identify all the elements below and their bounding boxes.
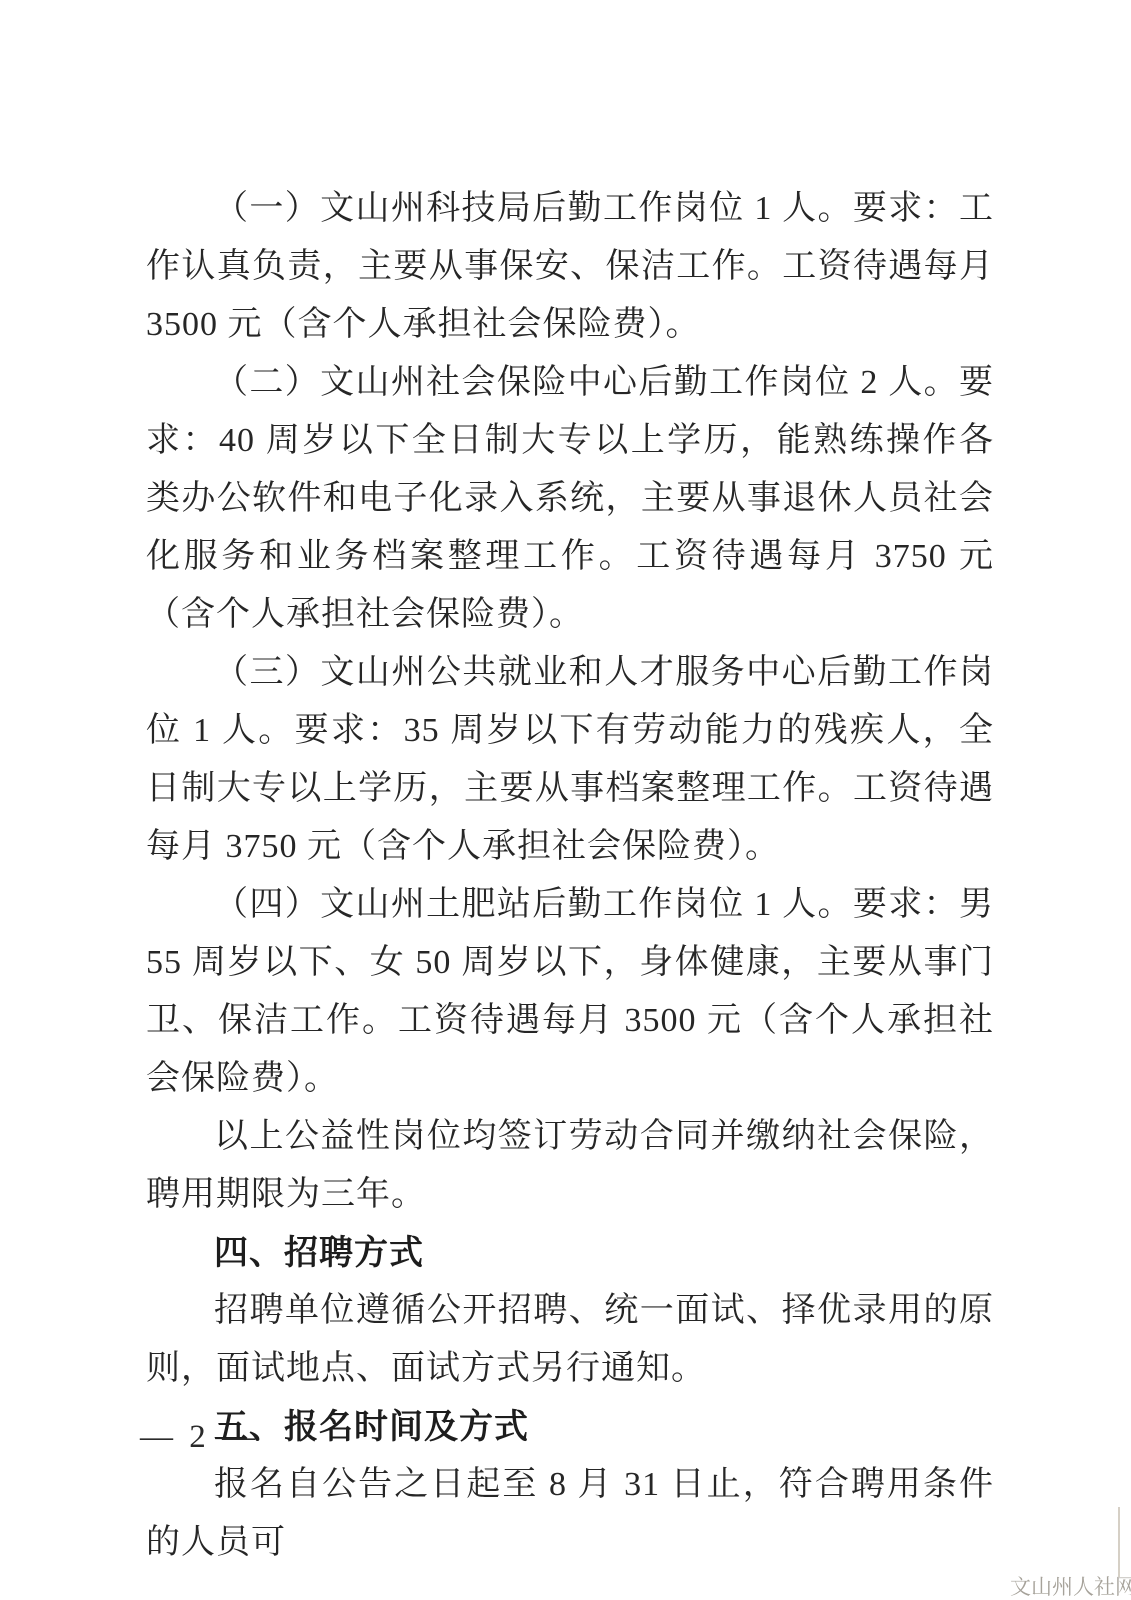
paragraph-recruitment-method: 招聘单位遵循公开招聘、统一面试、择优录用的原则，面试地点、面试方式另行通知。 xyxy=(146,1282,994,1398)
document-body: （一）文山州科技局后勤工作岗位 1 人。要求：工作认真负责，主要从事保安、保洁工… xyxy=(146,180,994,1572)
paragraph-contract-note: 以上公益性岗位均签订劳动合同并缴纳社会保险，聘用期限为三年。 xyxy=(146,1108,994,1224)
section-heading-registration: 五、报名时间及方式 xyxy=(146,1398,994,1456)
paragraph-job-3: （三）文山州公共就业和人才服务中心后勤工作岗位 1 人。要求：35 周岁以下有劳… xyxy=(146,644,994,876)
document-page: （一）文山州科技局后勤工作岗位 1 人。要求：工作认真负责，主要从事保安、保洁工… xyxy=(0,0,1131,1600)
paragraph-job-2: （二）文山州社会保险中心后勤工作岗位 2 人。要求：40 周岁以下全日制大专以上… xyxy=(146,354,994,644)
paragraph-job-1: （一）文山州科技局后勤工作岗位 1 人。要求：工作认真负责，主要从事保安、保洁工… xyxy=(146,180,994,354)
section-heading-recruitment-method: 四、招聘方式 xyxy=(146,1224,994,1282)
page-number: — 2 — xyxy=(140,1412,259,1462)
site-watermark: 文山州人社网 xyxy=(1010,1574,1131,1600)
paragraph-job-4: （四）文山州土肥站后勤工作岗位 1 人。要求：男 55 周岁以下、女 50 周岁… xyxy=(146,876,994,1108)
scan-artifact-line xyxy=(1118,1507,1120,1577)
paragraph-registration: 报名自公告之日起至 8 月 31 日止，符合聘用条件的人员可 xyxy=(146,1456,994,1572)
